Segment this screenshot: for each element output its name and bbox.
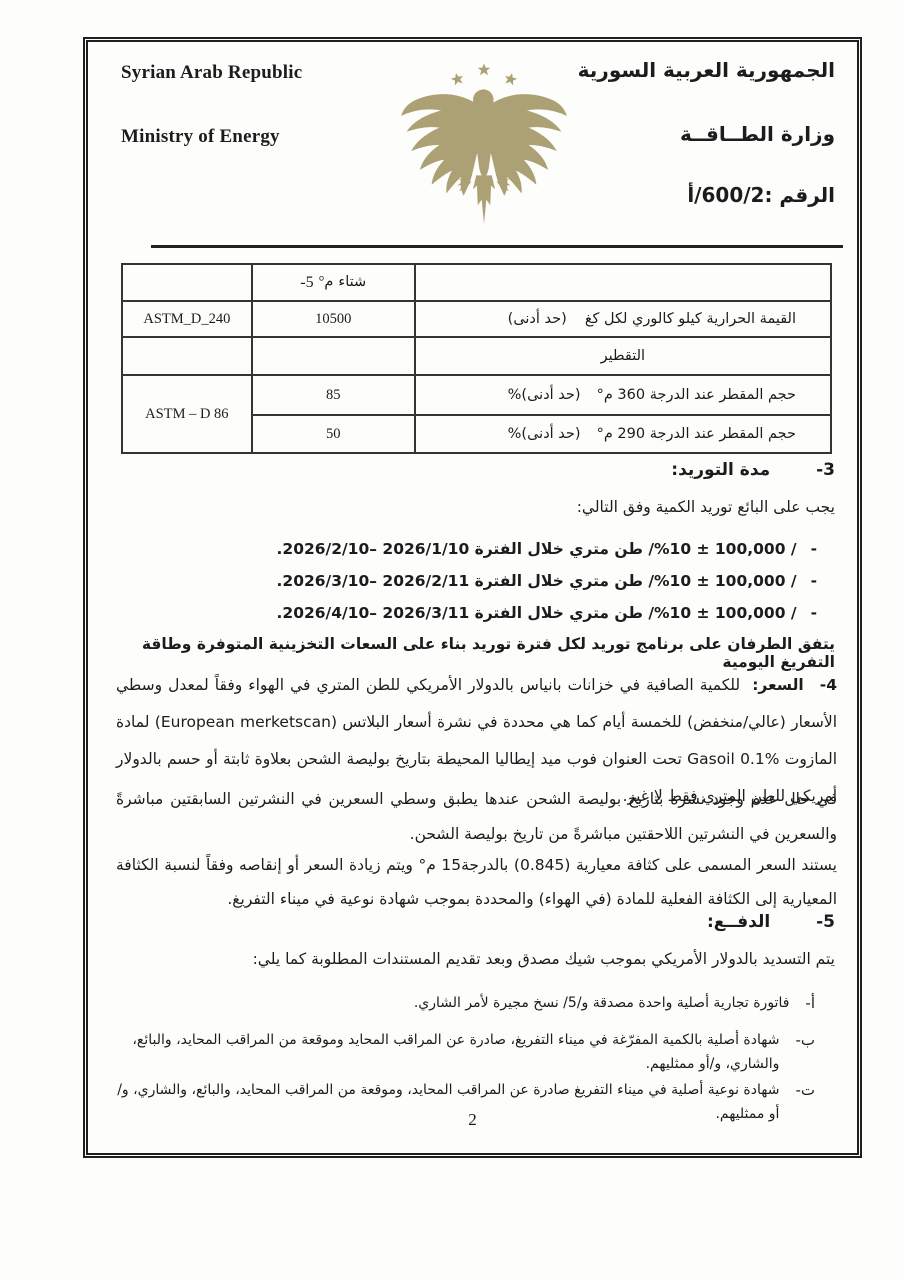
country-name-arabic: الجمهورية العربية السورية [578, 58, 835, 82]
list-item: - / 100,000 ± %10/ طن متري خلال الفترة 2… [118, 533, 817, 565]
property-label: حجم المقطر عند الدرجة 290 م° [597, 426, 796, 442]
country-name-english: Syrian Arab Republic [121, 62, 302, 84]
section-number: 5- [816, 912, 835, 932]
table-cell-value [252, 337, 415, 375]
section-title: الدفــع: [707, 912, 770, 932]
page-number: 2 [88, 1110, 857, 1130]
list-item-text: / 100,000 ± %10/ طن متري خلال الفترة 202… [277, 533, 797, 565]
section3-intro: يجب على البائع توريد الكمية وفق التالي: [577, 498, 835, 516]
table-cell-method: ASTM – D 86 [122, 375, 252, 453]
limit-label: (حد أدنى) [508, 311, 567, 327]
section-number: 4- [820, 676, 837, 694]
list-item: - / 100,000 ± %10/ طن متري خلال الفترة 2… [118, 597, 817, 629]
table-cell-value: 10500 [252, 301, 415, 337]
table-cell-property: حجم المقطر عند الدرجة 360 م° (حد أدنى)% [415, 375, 831, 415]
limit-label: (حد أدنى)% [508, 426, 581, 442]
table-cell-property: حجم المقطر عند الدرجة 290 م° (حد أدنى)% [415, 415, 831, 453]
limit-label: (حد أدنى)% [508, 387, 581, 403]
fuel-spec-table: -5 م° شتاء القيمة الحرارية كيلو كالوري ل… [121, 263, 832, 454]
table-cell-method: ASTM_D_240 [122, 301, 252, 337]
star-icon [450, 72, 465, 86]
section5-heading: 5- الدفــع: [707, 912, 835, 932]
winter-unit: م° [319, 274, 334, 291]
scanned-document-page: Syrian Arab Republic Ministry of Energy [0, 0, 905, 1280]
item-text: شهادة أصلية بالكمية المفرّغة في ميناء ال… [116, 1028, 779, 1076]
table-cell-value: 85 [252, 375, 415, 415]
section5-intro: يتم التسديد بالدولار الأمريكي بموجب شيك … [253, 950, 835, 968]
item-text: فاتورة تجارية أصلية واحدة مصدقة و/5/ نسخ… [414, 991, 790, 1015]
section4-paragraph3: يستند السعر المسمى على كثافة معيارية (0.… [116, 848, 837, 916]
table-row: -5 م° شتاء [122, 264, 831, 301]
winter-season: شتاء [338, 274, 366, 291]
star-icon [478, 64, 491, 76]
table-cell-property [415, 264, 831, 301]
list-item-text: / 100,000 ± %10/ طن متري خلال الفترة 202… [277, 597, 797, 629]
syrian-eagle-emblem-icon [398, 54, 570, 242]
bullet-marker: - [811, 597, 817, 629]
list-item: - / 100,000 ± %10/ طن متري خلال الفترة 2… [118, 565, 817, 597]
table-cell-method [122, 264, 252, 301]
delivery-schedule-list: - / 100,000 ± %10/ طن متري خلال الفترة 2… [118, 533, 817, 629]
property-label: القيمة الحرارية كيلو كالوري لكل كغ [585, 311, 796, 327]
property-label: حجم المقطر عند الدرجة 360 م° [597, 387, 796, 403]
table-cell-value: -5 م° شتاء [252, 264, 415, 301]
list-item-text: / 100,000 ± %10/ طن متري خلال الفترة 202… [277, 565, 797, 597]
table-row: التقطير [122, 337, 831, 375]
section-title: السعر: [752, 676, 804, 694]
table-row: حجم المقطر عند الدرجة 360 م° (حد أدنى)% … [122, 375, 831, 415]
section3-heading: 3- مدة التوريد: [671, 460, 835, 480]
eagle-tail [473, 175, 495, 223]
section-number: 3- [816, 460, 835, 480]
ministry-name-english: Ministry of Energy [121, 126, 280, 148]
table-cell-property: القيمة الحرارية كيلو كالوري لكل كغ (حد أ… [415, 301, 831, 337]
reference-number: الرقم :600/2/أ [687, 183, 835, 207]
star-icon [503, 72, 518, 86]
item-marker: ب- [795, 1028, 815, 1076]
payment-doc-item: أ- فاتورة تجارية أصلية واحدة مصدقة و/5/ … [116, 991, 815, 1015]
ministry-name-arabic: وزارة الطــاقــة [680, 122, 835, 146]
table-cell-value: 50 [252, 415, 415, 453]
document-border-frame: Syrian Arab Republic Ministry of Energy [83, 37, 862, 1158]
table-cell-method [122, 337, 252, 375]
bullet-marker: - [811, 533, 817, 565]
section4-paragraph2: في حال عدم وجود نشرة بتاريخ بوليصة الشحن… [116, 782, 837, 852]
agreement-note: يتفق الطرفان على برنامج توريد لكل فترة ت… [88, 635, 835, 671]
winter-value: -5 [300, 274, 313, 292]
payment-doc-item: ب- شهادة أصلية بالكمية المفرّغة في ميناء… [116, 1028, 815, 1076]
section-title: مدة التوريد: [671, 460, 770, 480]
header-divider [151, 245, 843, 248]
item-marker: أ- [805, 991, 815, 1015]
bullet-marker: - [811, 565, 817, 597]
table-row: القيمة الحرارية كيلو كالوري لكل كغ (حد أ… [122, 301, 831, 337]
table-cell-property: التقطير [415, 337, 831, 375]
